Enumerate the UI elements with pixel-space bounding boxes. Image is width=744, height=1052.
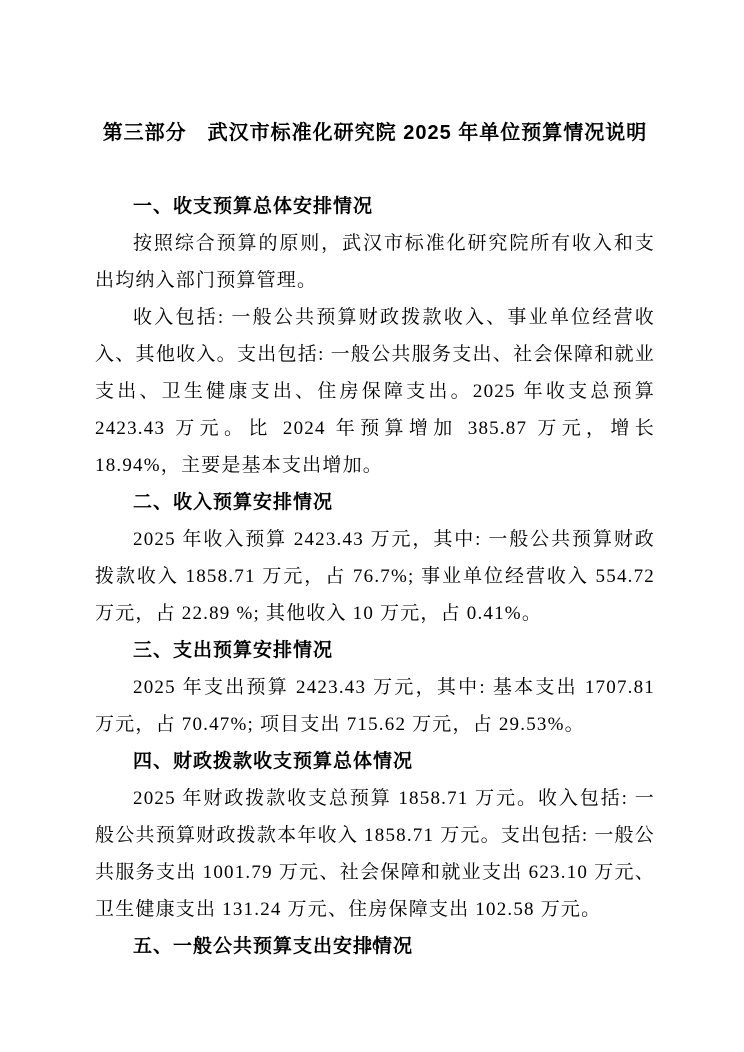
paragraph: 2025 年收入预算 2423.43 万元，其中: 一般公共预算财政拨款收入 1… [95, 521, 655, 632]
paragraph: 收入包括: 一般公共预算财政拨款收入、事业单位经营收入、其他收入。支出包括: 一… [95, 299, 655, 484]
document-content: 第三部分 武汉市标准化研究院 2025 年单位预算情况说明 一、收支预算总体安排… [95, 118, 655, 965]
paragraph: 2025 年财政拨款收支总预算 1858.71 万元。收入包括: 一般公共预算财… [95, 780, 655, 928]
section-heading-3: 三、支出预算安排情况 [95, 632, 655, 669]
document-page: 第三部分 武汉市标准化研究院 2025 年单位预算情况说明 一、收支预算总体安排… [0, 0, 744, 1052]
section-overall-budget: 一、收支预算总体安排情况 按照综合预算的原则，武汉市标准化研究院所有收入和支出均… [95, 188, 655, 484]
section-heading-4: 四、财政拨款收支预算总体情况 [95, 743, 655, 780]
section-heading-2: 二、收入预算安排情况 [95, 484, 655, 521]
section-fiscal-appropriation: 四、财政拨款收支预算总体情况 2025 年财政拨款收支总预算 1858.71 万… [95, 743, 655, 928]
section-heading-1: 一、收支预算总体安排情况 [95, 188, 655, 225]
paragraph: 2025 年支出预算 2423.43 万元，其中: 基本支出 1707.81 万… [95, 669, 655, 743]
section-expenditure-budget: 三、支出预算安排情况 2025 年支出预算 2423.43 万元，其中: 基本支… [95, 632, 655, 743]
page-number: 26 [0, 936, 744, 956]
paragraph: 按照综合预算的原则，武汉市标准化研究院所有收入和支出均纳入部门预算管理。 [95, 225, 655, 299]
document-title: 第三部分 武汉市标准化研究院 2025 年单位预算情况说明 [75, 118, 675, 148]
section-income-budget: 二、收入预算安排情况 2025 年收入预算 2423.43 万元，其中: 一般公… [95, 484, 655, 632]
